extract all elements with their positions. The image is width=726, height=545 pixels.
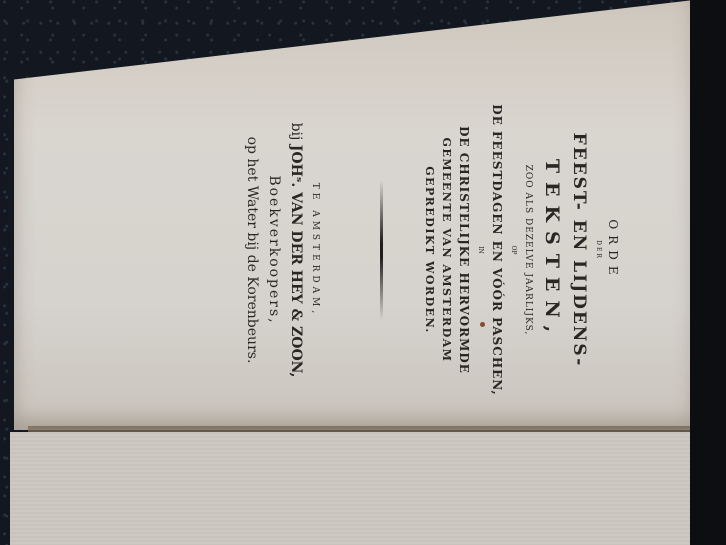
imprint-bij: bij [288,123,304,141]
title-feest-lijdens: FEEST- EN LIJDENS- [569,35,589,465]
subtitle-feestdagen: DE FEESTDAGEN EN VÓÓR PASCHEN, [490,35,504,465]
subtitle-in: IN [477,35,484,465]
subtitle-christelijke: DE CHRISTELIJKE HERVORMDE [457,35,471,465]
decorative-rule [380,180,383,320]
subtitle-gemeente: GEMEENTE VAN AMSTERDAM [440,35,453,465]
imprint-trade: Boekverkoopers, [266,35,282,465]
title-teksten: TEKSTEN, [541,35,563,465]
title-orde: ORDE [606,35,620,465]
imprint-publisher: bij JOHˢ. VAN DER HEY & ZOON, [288,35,304,465]
subtitle-gepredikt: GEPREDIKT WORDEN. [423,35,436,465]
imprint-place: TE AMSTERDAM, [310,35,320,465]
imprint-address: op het Water bij de Korenbeurs. [244,35,260,465]
subtitle-op: OP [510,35,517,465]
subtitle-zoo-als: ZOO ALS DEZELVE JAARLIJKS, [523,35,533,465]
imprint-publisher-name: JOHˢ. VAN DER HEY & ZOON, [288,145,304,378]
shadow-edge [690,0,726,545]
title-page-text: ORDE DER FEEST- EN LIJDENS- TEKSTEN, ZOO… [50,35,630,465]
title-der: DER [595,35,602,465]
